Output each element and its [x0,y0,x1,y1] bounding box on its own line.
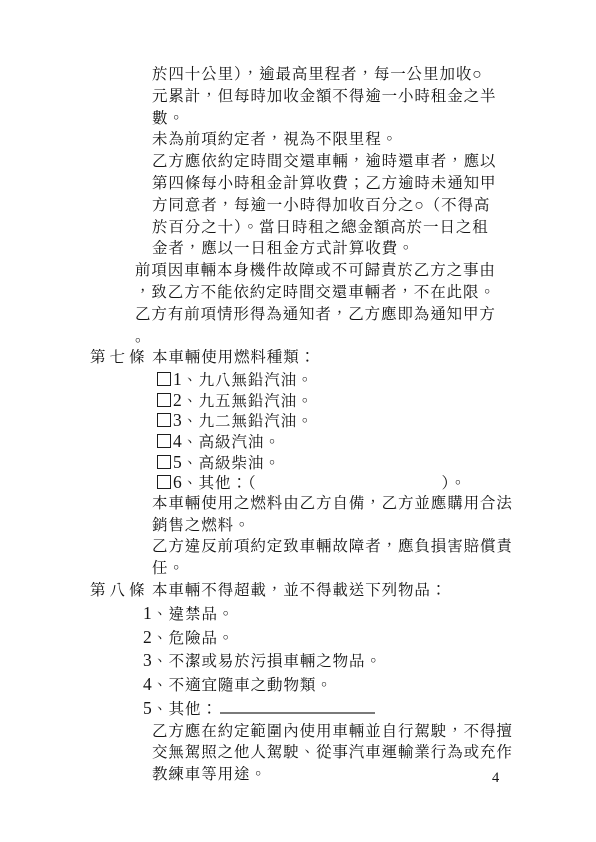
contract-text-line: 於百分之十）。當日時租之總金額高於一日之租 [0,217,596,239]
contract-text-line: 未為前項約定者，視為不限里程。 [0,129,596,151]
contract-text-line: 乙方應依約定時間交還車輛，逾時還車者，應以 [0,151,596,173]
article8-heading-row: 第八條本車輛不得超載，並不得載送下列物品： [0,580,596,602]
item-number: 4 [143,674,152,694]
contract-text-line: 數。 [0,108,596,130]
contract-text-line: 任。 [0,558,596,580]
contract-text-line: 乙方有前項情形得為通知者，乙方應即為通知甲方 [0,304,596,326]
item-label: 、其他： [152,701,218,718]
option-number: 5 [173,452,182,472]
checkbox-icon[interactable] [157,372,171,386]
contract-text-line: 乙方應在約定範圍內使用車輛並自行駕駛，不得擅 [0,721,596,743]
fuel-option-row: 3、九二無鉛汽油。 [0,410,596,431]
checkbox-icon[interactable] [157,455,171,469]
article7-heading: 本車輛使用燃料種類： [152,349,316,366]
article7-label: 第七條 [90,347,152,369]
fuel-option-row: 4、高級汽油。 [0,431,596,452]
item-number: 5 [143,698,152,718]
item-label: 、不適宜隨車之動物類。 [152,677,332,694]
prohibited-item-row: 4、不適宜隨車之動物類。 [0,673,596,697]
item-number: 3 [143,650,152,670]
option-label: 、其他：（ [182,475,256,492]
article7-heading-row: 第七條本車輛使用燃料種類： [0,347,596,369]
fuel-option-row: 5、高級柴油。 [0,452,596,473]
fuel-option-row: 6、其他：（）。 [0,472,596,493]
checkbox-icon[interactable] [157,434,171,448]
option-label: 、九五無鉛汽油。 [182,393,313,410]
contract-text-line: 教練車等用途。 [0,764,596,786]
contract-text-line: 前項因車輛本身機件故障或不可歸責於乙方之事由 [0,260,596,282]
prohibited-item-row: 5、其他： [0,697,596,721]
contract-page: 於四十公里），逾最高里程者，每一公里加收○ 元累計，但每時加收金額不得逾一小時租… [0,0,596,842]
option-number: 2 [173,390,182,410]
contract-text-line: 乙方違反前項約定致車輛故障者，應負損害賠償責 [0,536,596,558]
contract-text-line: ，致乙方不能依約定時間交還車輛者，不在此限。 [0,282,596,304]
option-number: 3 [173,410,182,430]
contract-body: 於四十公里），逾最高里程者，每一公里加收○ 元累計，但每時加收金額不得逾一小時租… [0,64,596,786]
option-label: 、高級柴油。 [182,455,280,472]
option-number: 1 [173,369,182,389]
option-suffix: ）。 [442,475,467,492]
item-number: 2 [143,627,152,647]
prohibited-item-row: 3、不潔或易於污損車輛之物品。 [0,649,596,673]
item-label: 、危險品。 [152,630,234,647]
contract-text-line: 交無駕照之他人駕駛、從事汽車運輸業行為或充作 [0,742,596,764]
contract-text-line: 於四十公里），逾最高里程者，每一公里加收○ [0,64,596,86]
fuel-option-row: 2、九五無鉛汽油。 [0,390,596,411]
contract-text-line: 金者，應以一日租金方式計算收費。 [0,238,596,260]
contract-text-line: 第四條每小時租金計算收費；乙方逾時未通知甲 [0,173,596,195]
fuel-option-row: 1、九八無鉛汽油。 [0,369,596,390]
article8-heading: 本車輛不得超載，並不得載送下列物品： [152,582,447,599]
contract-text-line: 。 [0,326,596,348]
item-label: 、違禁品。 [152,606,234,623]
contract-text-line: 方同意者，每逾一小時得加收百分之○（不得高 [0,195,596,217]
article8-label: 第八條 [90,580,152,602]
option-label: 、高級汽油。 [182,434,280,451]
prohibited-item-row: 2、危險品。 [0,626,596,650]
blank-underline[interactable] [220,699,375,714]
contract-text-line: 銷售之燃料。 [0,515,596,537]
item-label: 、不潔或易於污損車輛之物品。 [152,653,382,670]
checkbox-icon[interactable] [157,413,171,427]
option-label: 、九二無鉛汽油。 [182,413,313,430]
option-label: 、九八無鉛汽油。 [182,372,313,389]
option-number: 6 [173,472,182,492]
contract-text-line: 元累計，但每時加收金額不得逾一小時租金之半 [0,86,596,108]
checkbox-icon[interactable] [157,475,171,489]
contract-text-line: 本車輛使用之燃料由乙方自備，乙方並應購用合法 [0,493,596,515]
page-number: 4 [492,770,499,787]
prohibited-item-row: 1、違禁品。 [0,602,596,626]
checkbox-icon[interactable] [157,393,171,407]
item-number: 1 [143,603,152,623]
option-number: 4 [173,431,182,451]
